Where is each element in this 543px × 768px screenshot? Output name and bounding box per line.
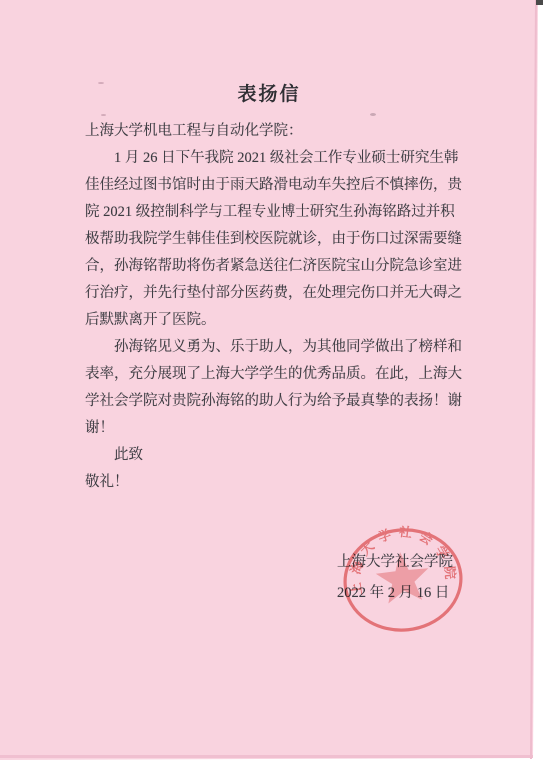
body-line: 孙海铭见义勇为、乐于助人，为其他同学做出了榜样和 <box>85 334 467 361</box>
body-line: 学社会学院对贵院孙海铭的助人行为给予最真挚的表扬！谢 <box>85 388 467 415</box>
scan-corner-artifact <box>536 0 543 5</box>
body-line: 院 2021 级控制科学与工程专业博士研究生孙海铭路过并积 <box>85 199 467 226</box>
scan-speck <box>101 114 106 116</box>
scanned-letter: 表扬信 上海大学机电工程与自动化学院： 1 月 26 日下午我院 2021 级社… <box>0 0 543 768</box>
paper-background: 表扬信 上海大学机电工程与自动化学院： 1 月 26 日下午我院 2021 级社… <box>0 0 543 768</box>
paper-bottom-edge <box>0 755 534 758</box>
body-line: 表率，充分展现了上海大学学生的优秀品质。在此，上海大 <box>85 361 467 388</box>
star-icon <box>374 549 432 604</box>
scan-speck <box>370 113 376 116</box>
salutation-line: 上海大学机电工程与自动化学院： <box>85 118 467 145</box>
official-seal: 上海大学社会学院 <box>335 520 472 641</box>
body-line: 极帮助我院学生韩佳佳到校医院就诊，由于伤口过深需要缝 <box>85 226 467 253</box>
letter-title: 表扬信 <box>0 79 538 106</box>
body-line: 后默默离开了医院。 <box>85 307 467 334</box>
body-line: 谢！ <box>85 415 467 442</box>
closing-jingli: 敬礼！ <box>85 469 467 496</box>
letter-body: 上海大学机电工程与自动化学院： 1 月 26 日下午我院 2021 级社会工作专… <box>85 118 467 496</box>
body-line: 佳佳经过图书馆时由于雨天路滑电动车失控后不慎摔伤，贵 <box>85 172 467 199</box>
closing-cizhi: 此致 <box>85 442 467 469</box>
body-line: 合，孙海铭帮助将伤者紧急送往仁济医院宝山分院急诊室进 <box>85 253 467 280</box>
body-line: 1 月 26 日下午我院 2021 级社会工作专业硕士研究生韩 <box>85 145 467 172</box>
body-line: 行治疗，并先行垫付部分医药费，在处理完伤口并无大碍之 <box>85 280 467 307</box>
scan-speck <box>98 82 104 84</box>
